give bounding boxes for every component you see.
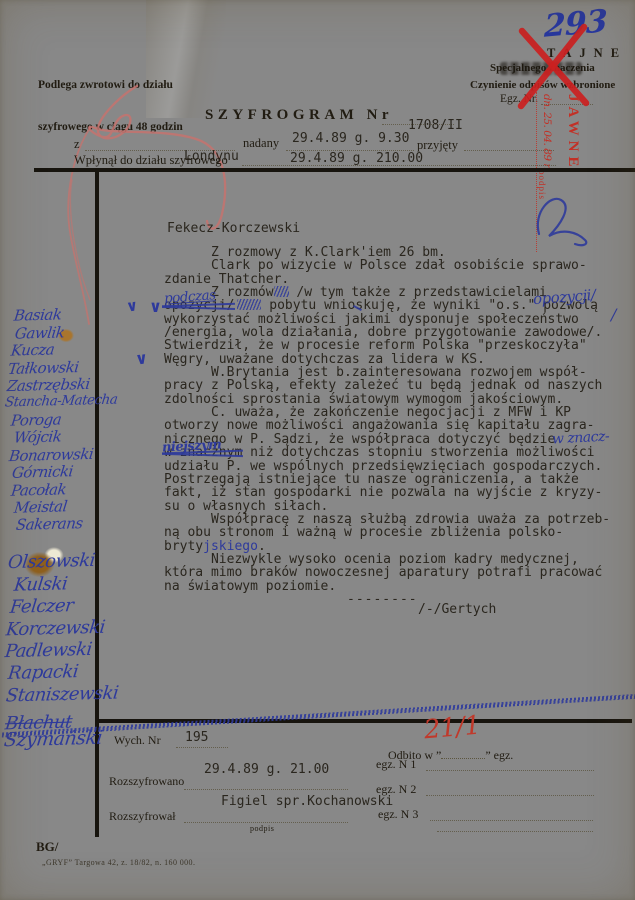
copies-made-suffix: ” egz. bbox=[485, 748, 513, 762]
body-line: w znacznym niż dotychczas stopniu stworz… bbox=[164, 446, 610, 459]
handwritten-name: Rapacki bbox=[7, 661, 80, 684]
handwritten-name: Wójcik bbox=[13, 427, 62, 446]
outgoing-number-line bbox=[176, 747, 228, 748]
handwritten-name: Szymański bbox=[3, 727, 104, 752]
deciphered-label: Rozszyfrowano bbox=[109, 774, 184, 789]
arrived-value: 29.4.89 g. 210.00 bbox=[290, 151, 423, 166]
signoff-dashes: -------- bbox=[347, 592, 418, 607]
handwritten-name: Stancha-Matecha bbox=[4, 392, 118, 411]
body-line: zdolności sprostania światowym wymogom j… bbox=[164, 393, 610, 406]
body-line: W.Brytania jest b.zainteresowana rozwoje… bbox=[164, 366, 610, 379]
checkmark: ∨ bbox=[125, 296, 139, 315]
copy1-line bbox=[426, 770, 594, 771]
signature-squiggle bbox=[525, 190, 597, 248]
checkmark: ∨ bbox=[149, 297, 162, 316]
decoder-line bbox=[184, 822, 348, 823]
decoder-podpis-label: podpis bbox=[250, 824, 274, 833]
sent-value: 29.4.89 g. 9.30 bbox=[292, 131, 409, 146]
body-line: zdanie Thatcher. bbox=[164, 273, 610, 286]
ink-scribble-insert-mark bbox=[274, 286, 289, 297]
body-line: na światowym poziomie. bbox=[164, 580, 610, 593]
deciphered-value: 29.4.89 g. 21.00 bbox=[204, 762, 329, 777]
handwritten-slash: / bbox=[611, 305, 616, 324]
from-label: z bbox=[74, 137, 80, 152]
deciphered-line bbox=[184, 789, 348, 790]
copies-made-blank bbox=[441, 758, 485, 759]
body-line: Stwierdził, że w procesie reform Polska … bbox=[164, 339, 610, 352]
handwritten-name: Felczer bbox=[9, 595, 75, 618]
scanned-cipher-telegram: Podlega zwrotowi do działu szyfrowego w … bbox=[0, 0, 635, 900]
copies-made-handwritten: 21/1 bbox=[423, 711, 482, 746]
body-line: C. uważa, że zakończenie negocjacji z MF… bbox=[164, 406, 610, 419]
handwritten-name: Staniszewski bbox=[5, 682, 120, 706]
red-cross-out bbox=[515, 22, 600, 110]
body-line: która mimo braków nowoczesnej aparatury … bbox=[164, 566, 610, 579]
body-line: wykorzystać możliwości jakimi dysponuje … bbox=[164, 313, 610, 326]
signoff-name: /-/Gertych bbox=[418, 602, 496, 617]
body-line: Niezwykle wysoko ocenia poziom kadry med… bbox=[164, 553, 610, 566]
copy3-line bbox=[430, 820, 593, 821]
body-line-text: niż dotychczas stopniu stworzenia możliw… bbox=[242, 445, 594, 460]
body-line: otworzy nowe możliwości angażowania się … bbox=[164, 419, 610, 432]
jawne-stamp-word: JAWNE bbox=[564, 94, 581, 172]
copy2-line bbox=[426, 795, 594, 796]
handwritten-name: Górnicki bbox=[11, 462, 74, 482]
body-line: Węgry, uważane dotychczas za lidera w KS… bbox=[164, 353, 610, 366]
copy-extra-line bbox=[437, 831, 593, 832]
ink-scribble-deleted-word bbox=[237, 299, 261, 310]
handwritten-name: Kulski bbox=[13, 573, 69, 595]
sent-label: nadany bbox=[243, 136, 279, 151]
body-line: Clark po wizycie w Polsce zdał osobiście… bbox=[164, 259, 610, 272]
header-rule bbox=[34, 168, 635, 172]
handwritten-name: Padlewski bbox=[4, 639, 93, 662]
addressee: Fekecz-Korczewski bbox=[167, 221, 300, 236]
clerk-initials: BG/ bbox=[36, 839, 58, 855]
telegram-number: 1708/II bbox=[408, 118, 463, 133]
body-line: pracy z Polską, efekty zależeć tu będą j… bbox=[164, 379, 610, 392]
outgoing-number-label: Wych. Nr bbox=[114, 733, 161, 748]
body-line: ną obu stronom i ważną w procesie zbliże… bbox=[164, 526, 610, 539]
copy1-label: egz. N 1 bbox=[376, 757, 416, 772]
body-line: su o własnych siłach. bbox=[164, 500, 610, 513]
copy3-label: egz. N 3 bbox=[378, 807, 418, 822]
arrived-label: Wpłynął do działu szyfrowego bbox=[74, 153, 228, 168]
checkmark: ∨ bbox=[134, 348, 148, 368]
decoder-label: Rozszyfrował bbox=[109, 809, 176, 824]
print-shop-imprint: „GRYF” Targowa 42, z. 18/82, n. 160 000. bbox=[42, 858, 195, 867]
handwritten-name: Sakerans bbox=[15, 514, 84, 534]
handwritten-name: Kucza bbox=[10, 340, 55, 359]
handwritten-name: Olszowski bbox=[7, 550, 96, 573]
body-line: udziału P. we wspólnych przedsięwzięciac… bbox=[164, 460, 610, 473]
body-line: nicznego w P. Sądzi, że współpraca dotyc… bbox=[164, 433, 610, 446]
decoder-names: Figiel spr.Kochanowski bbox=[221, 794, 393, 809]
jawne-stamp-date: dn. 25. 04. 89 r. bbox=[541, 94, 553, 170]
body-line: /energia, wola działania, dobre przygoto… bbox=[164, 326, 610, 339]
body-line: fakt, iż stan gospodarki nie pozwala na … bbox=[164, 486, 610, 499]
body-line: Z rozmowy z K.Clark'iem 26 bm. bbox=[164, 246, 610, 259]
form-title: SZYFROGRAM Nr bbox=[205, 107, 393, 124]
handwritten-insert-w-znacz: w znacz- bbox=[552, 429, 610, 448]
received-label: przyjęty bbox=[417, 138, 458, 153]
handwritten-correction-niejszym: niejszym bbox=[162, 437, 222, 455]
handwritten-name: Gawlik bbox=[14, 323, 65, 342]
received-line bbox=[464, 150, 554, 151]
body-line: Postrzegają istniejące tu nasze ogranicz… bbox=[164, 473, 610, 486]
handwritten-name: Basiak bbox=[13, 305, 63, 324]
outgoing-number-value: 195 bbox=[185, 730, 208, 745]
body-line: brytyjskiego. bbox=[164, 540, 610, 553]
body-line: Współpracę z naszą służbą zdrowia uważa … bbox=[164, 513, 610, 526]
copy2-label: egz. N 2 bbox=[376, 782, 416, 797]
handwritten-name: Korczewski bbox=[5, 617, 106, 641]
